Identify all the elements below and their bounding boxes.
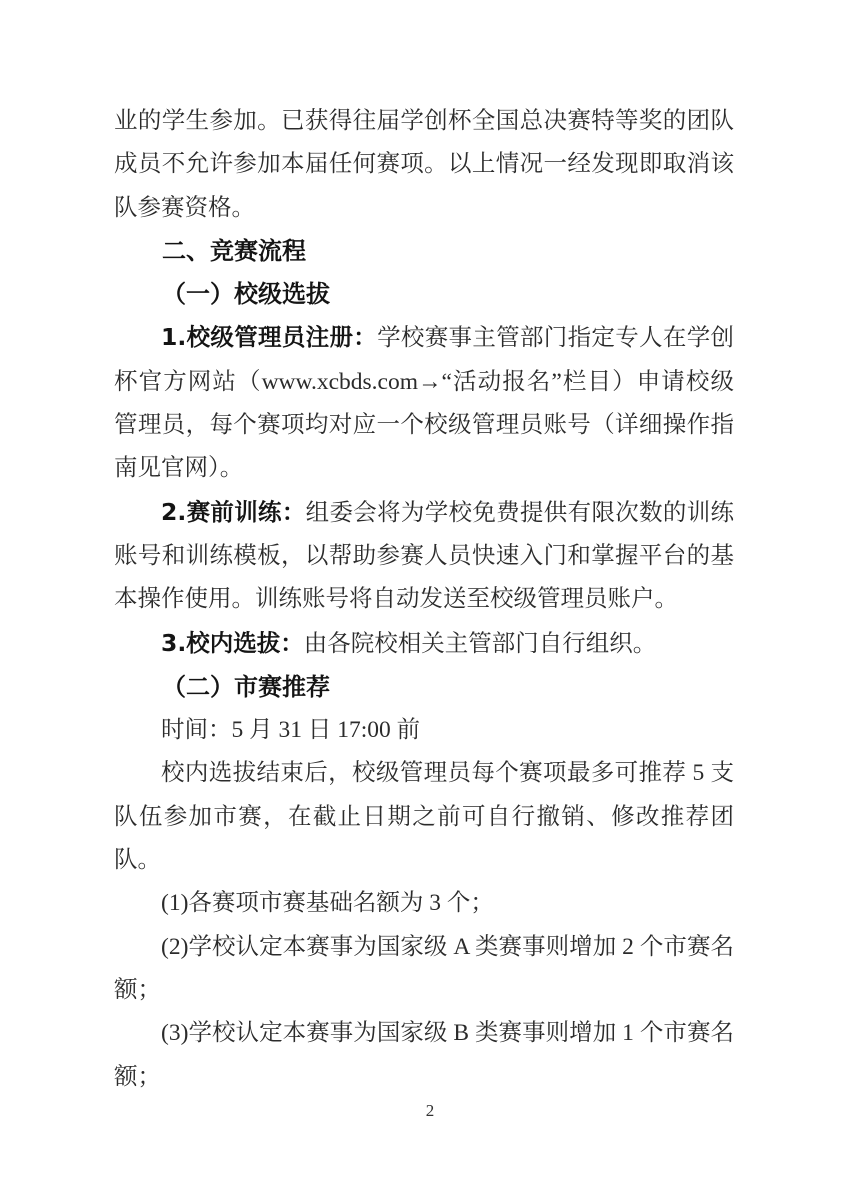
list-item-class-a-quota: (2)学校认定本赛事为国家级 A 类赛事则增加 2 个市赛名额； bbox=[114, 926, 734, 1013]
item3-lead-label: 3.校内选拔： bbox=[161, 629, 304, 657]
paragraph-pre-competition-training: 2.赛前训练：组委会将为学校免费提供有限次数的训练账号和训练模板，以帮助参赛人员… bbox=[114, 491, 734, 622]
item3-body-text: 由各院校相关主管部门自行组织。 bbox=[304, 631, 657, 657]
page-footer: 2 bbox=[114, 1096, 746, 1126]
document-page: 业的学生参加。已获得往届学创杯全国总决赛特等奖的团队成员不允许参加本届任何赛项。… bbox=[0, 0, 848, 1200]
page-number: 2 bbox=[426, 1101, 435, 1120]
list-item-base-quota: (1)各赛项市赛基础名额为 3 个； bbox=[114, 882, 734, 925]
paragraph-admin-registration: 1.校级管理员注册：学校赛事主管部门指定专人在学创杯官方网站（www.xcbds… bbox=[114, 316, 734, 490]
item1-lead-label: 1.校级管理员注册： bbox=[161, 323, 377, 351]
item2-lead-label: 2.赛前训练： bbox=[161, 498, 306, 526]
list-item-class-b-quota: (3)学校认定本赛事为国家级 B 类赛事则增加 1 个市赛名额； bbox=[114, 1012, 734, 1099]
document-content: 业的学生参加。已获得往届学创杯全国总决赛特等奖的团队成员不允许参加本届任何赛项。… bbox=[114, 100, 734, 1099]
section-heading-competition-process: 二、竞赛流程 bbox=[114, 230, 734, 273]
paragraph-eligibility-continuation: 业的学生参加。已获得往届学创杯全国总决赛特等奖的团队成员不允许参加本届任何赛项。… bbox=[114, 100, 734, 230]
subsection-heading-city-recommendation: （二）市赛推荐 bbox=[114, 666, 734, 709]
paragraph-deadline-time: 时间：5 月 31 日 17:00 前 bbox=[114, 709, 734, 752]
paragraph-internal-selection: 3.校内选拔：由各院校相关主管部门自行组织。 bbox=[114, 622, 734, 666]
subsection-heading-school-selection: （一）校级选拔 bbox=[114, 273, 734, 316]
paragraph-recommendation-rules: 校内选拔结束后，校级管理员每个赛项最多可推荐 5 支队伍参加市赛，在截止日期之前… bbox=[114, 752, 734, 882]
